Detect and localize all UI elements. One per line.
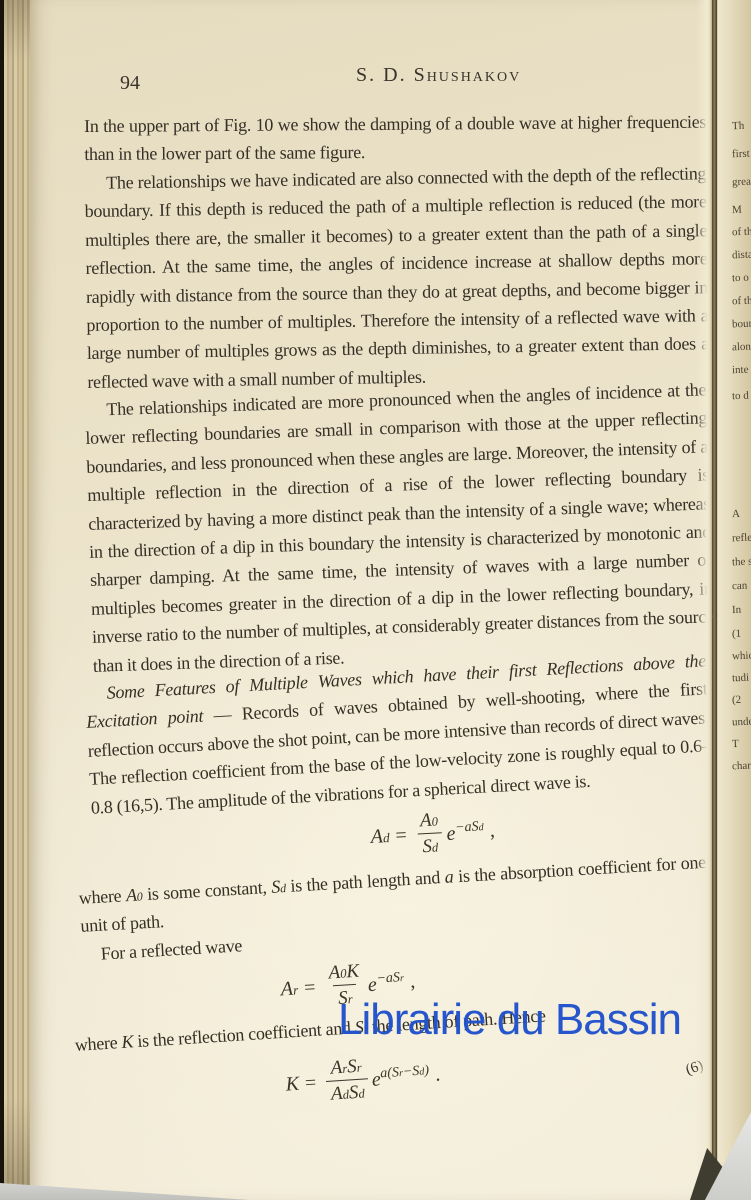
- text-segment: The relationships we have indicated are …: [85, 163, 709, 392]
- facing-page-text-fragment: can: [732, 580, 748, 593]
- text-segment: The relationships indicated are more pro…: [85, 379, 714, 675]
- variable: Ad: [330, 1082, 349, 1104]
- facing-page-text-fragment: (2: [732, 694, 742, 706]
- facing-page-text-fragment: to o: [732, 272, 749, 285]
- operator: =: [304, 1071, 317, 1095]
- facing-page-text-fragment: unde: [732, 716, 751, 729]
- denominator: AdSd: [326, 1078, 369, 1106]
- facing-page-text-fragment: M: [732, 204, 742, 216]
- variable: Sd: [348, 1081, 365, 1103]
- paragraph: In the upper part of Fig. 10 we show the…: [84, 108, 706, 169]
- operator: .: [435, 1063, 442, 1086]
- subscript: d: [358, 1086, 365, 1100]
- facing-page-text-fragment: A: [732, 508, 740, 520]
- facing-page-text-fragment: T: [732, 738, 739, 750]
- paragraph: The relationships we have indicated are …: [84, 159, 709, 396]
- variable: e−aSd: [446, 819, 485, 846]
- variable: Ar: [330, 1056, 348, 1078]
- variable: Sd: [422, 836, 439, 858]
- text-segment: — Records of waves obtained by well-shoo…: [87, 679, 711, 818]
- text-segment: Sd: [271, 876, 286, 897]
- facing-page-text-fragment: char: [732, 760, 751, 773]
- page-gutter-shadow: [710, 0, 718, 1200]
- facing-page-text-fragment: first: [732, 148, 750, 161]
- facing-page-sliver: ThfirstgreaMof thdistato oof thbounaloni…: [717, 0, 751, 1200]
- text-column: In the upper part of Fig. 10 we show the…: [84, 112, 706, 1122]
- facing-page-text-fragment: of th: [732, 295, 751, 308]
- numerator: A0K: [324, 961, 364, 986]
- variable: ): [424, 1062, 430, 1077]
- variable: A0: [419, 810, 438, 832]
- variable: Ad: [370, 825, 390, 849]
- subscript: d: [432, 841, 439, 855]
- facing-page-text-fragment: grea: [732, 176, 751, 189]
- page-number: 94: [120, 72, 140, 95]
- fraction: ArSrAdSd: [325, 1055, 370, 1106]
- variable: ea(Sr−Sd): [371, 1062, 430, 1091]
- numerator: A0: [415, 809, 442, 833]
- variable: Ar: [280, 977, 299, 1001]
- variable: e−aSr: [367, 970, 405, 997]
- facing-page-text-fragment: tudi: [732, 672, 750, 685]
- operator: =: [395, 824, 407, 848]
- operator: ,: [409, 970, 415, 993]
- denominator: Sd: [418, 832, 443, 858]
- subscript: 0: [431, 815, 438, 829]
- facing-page-text-fragment: refle: [732, 532, 751, 545]
- facing-page-text-fragment: In: [732, 604, 742, 616]
- text-segment: A0: [125, 884, 142, 905]
- fore-edge-page-stack: [4, 0, 31, 1192]
- subscript: r: [400, 973, 405, 984]
- text-segment: is some constant,: [142, 877, 272, 904]
- text-segment: In the upper part of Fig. 10 we show the…: [84, 112, 706, 165]
- facing-page-text-fragment: alon: [732, 341, 751, 354]
- subscript: r: [356, 1060, 362, 1074]
- facing-page-text-fragment: whic: [732, 650, 751, 663]
- book-page-photo: 94 S. D. Shushakov In the upper part of …: [0, 0, 751, 1200]
- exponent: a(Sr−Sd): [380, 1062, 430, 1080]
- paragraph: The relationships indicated are more pro…: [84, 375, 715, 680]
- numerator: ArSr: [326, 1055, 366, 1081]
- facing-page-text-fragment: of th: [732, 226, 751, 239]
- fraction: A0Sd: [415, 809, 443, 858]
- variable: −aSd: [455, 819, 484, 835]
- exponent: −aSd: [455, 819, 484, 835]
- facing-page-text-fragment: inte: [732, 364, 749, 377]
- text-segment: is the path length and: [285, 867, 445, 896]
- variable: −Sd: [402, 1063, 424, 1079]
- exponent: −aSr: [376, 970, 404, 987]
- text-segment: For a reflected wave: [100, 935, 242, 963]
- variable: K: [346, 961, 360, 983]
- subscript: d: [478, 822, 484, 833]
- facing-page-text-fragment: dista: [732, 249, 751, 262]
- facing-page-text-fragment: boun: [732, 318, 751, 331]
- running-title: S. D. Shushakov: [356, 64, 521, 87]
- facing-page-text-fragment: to d: [732, 390, 749, 403]
- variable: a(Sr: [380, 1064, 404, 1080]
- text-segment: where: [74, 1032, 122, 1055]
- facing-page-text-fragment: Th: [732, 120, 745, 132]
- variable: Sr: [346, 1055, 362, 1077]
- text-segment: where: [78, 885, 126, 908]
- subscript: r: [293, 982, 299, 997]
- facing-page-text-fragment: the s: [732, 556, 751, 569]
- text-segment: is the reflection coefficient and: [133, 1018, 356, 1052]
- variable: K: [285, 1072, 300, 1096]
- operator: =: [303, 976, 316, 1000]
- subscript: d: [383, 830, 390, 845]
- facing-page-text-fragment: (1: [732, 628, 742, 640]
- bookseller-watermark: Librairie du Bassin: [338, 995, 681, 1045]
- variable: −aSr: [376, 970, 404, 987]
- operator: ,: [489, 819, 495, 842]
- variable: A0: [328, 962, 347, 984]
